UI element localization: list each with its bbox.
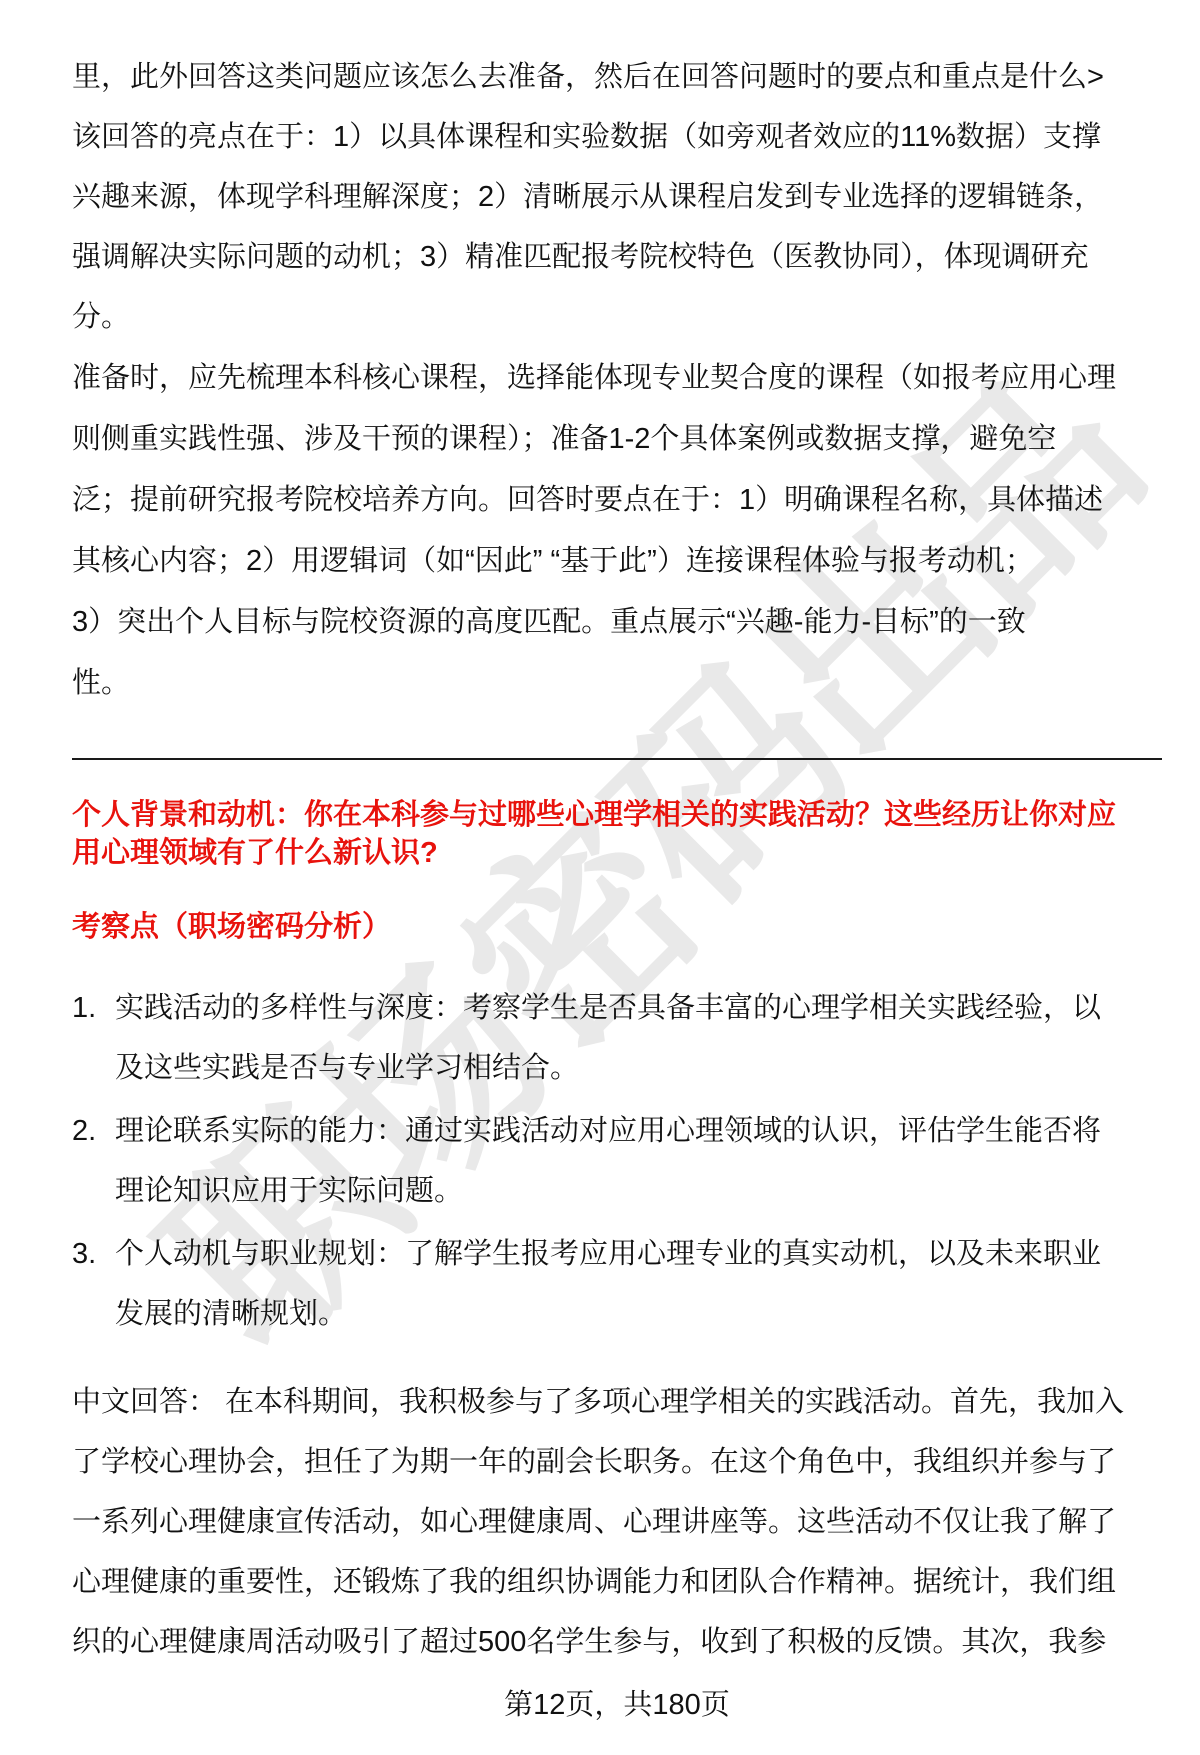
text-line: 其核心内容；2）用逻辑词（如“因此” “基于此”）连接课程体验与报考动机；	[72, 531, 1138, 592]
text-line: 则侧重实践性强、涉及干预的课程）；准备1-2个具体案例或数据支撑，避免空	[72, 409, 1138, 470]
page-number-footer: 第12页，共180页	[72, 1675, 1162, 1735]
text-line: 实践活动的多样性与深度：考察学生是否具备丰富的心理学相关实践经验，以	[115, 978, 1101, 1038]
paragraph-answer-highlights: 里，此外回答这类问题应该怎么去准备，然后在回答问题时的要点和重点是什么> 该回答…	[72, 47, 1104, 347]
list-item: 3. 个人动机与职业规划：了解学生报考应用心理专业的真实动机，以及未来职业 发展…	[72, 1224, 1101, 1344]
text-line: 了学校心理协会，担任了为期一年的副会长职务。在这个角色中，我组织并参与了	[72, 1432, 1124, 1492]
text-line: 分。	[72, 287, 1104, 347]
text-line: 3）突出个人目标与院校资源的高度匹配。重点展示“兴趣-能力-目标”的一致	[72, 592, 1138, 653]
text-line: 一系列心理健康宣传活动，如心理健康周、心理讲座等。这些活动不仅让我了解了	[72, 1492, 1124, 1552]
exam-points-list: 1. 实践活动的多样性与深度：考察学生是否具备丰富的心理学相关实践经验，以 及这…	[72, 978, 1101, 1347]
question-heading: 个人背景和动机：你在本科参与过哪些心理学相关的实践活动？这些经历让你对应 用心理…	[72, 796, 1148, 872]
exam-points-heading: 考察点（职场密码分析）	[72, 908, 391, 946]
list-item-number: 3.	[72, 1224, 115, 1344]
list-item-text: 个人动机与职业规划：了解学生报考应用心理专业的真实动机，以及未来职业 发展的清晰…	[115, 1224, 1101, 1344]
text-line: 兴趣来源，体现学科理解深度；2）清晰展示从课程启发到专业选择的逻辑链条，	[72, 167, 1104, 227]
paragraph-preparation-advice: 准备时，应先梳理本科核心课程，选择能体现专业契合度的课程（如报考应用心理 则侧重…	[72, 348, 1138, 714]
list-item-number: 1.	[72, 978, 115, 1098]
text-line: 理论知识应用于实际问题。	[115, 1161, 1101, 1221]
list-item-number: 2.	[72, 1101, 115, 1221]
text-line: 织的心理健康周活动吸引了超过500名学生参与，收到了积极的反馈。其次，我参	[72, 1612, 1124, 1672]
text-line: 及这些实践是否与专业学习相结合。	[115, 1038, 1101, 1098]
text-line: 心理健康的重要性，还锻炼了我的组织协调能力和团队合作精神。据统计，我们组	[72, 1552, 1124, 1612]
text-line: 理论联系实际的能力：通过实践活动对应用心理领域的认识，评估学生能否将	[115, 1101, 1101, 1161]
text-line: 该回答的亮点在于：1）以具体课程和实验数据（如旁观者效应的11%数据）支撑	[72, 107, 1104, 167]
question-heading-line: 用心理领域有了什么新认识?	[72, 834, 1148, 872]
text-line: 准备时，应先梳理本科核心课程，选择能体现专业契合度的课程（如报考应用心理	[72, 348, 1138, 409]
text-line: 个人动机与职业规划：了解学生报考应用心理专业的真实动机，以及未来职业	[115, 1224, 1101, 1284]
text-line: 强调解决实际问题的动机；3）精准匹配报考院校特色（医教协同），体现调研充	[72, 227, 1104, 287]
list-item: 2. 理论联系实际的能力：通过实践活动对应用心理领域的认识，评估学生能否将 理论…	[72, 1101, 1101, 1221]
paragraph-chinese-answer: 中文回答： 在本科期间，我积极参与了多项心理学相关的实践活动。首先，我加入 了学…	[72, 1372, 1124, 1672]
text-line: 性。	[72, 653, 1138, 714]
list-item-text: 实践活动的多样性与深度：考察学生是否具备丰富的心理学相关实践经验，以 及这些实践…	[115, 978, 1101, 1098]
list-item-text: 理论联系实际的能力：通过实践活动对应用心理领域的认识，评估学生能否将 理论知识应…	[115, 1101, 1101, 1221]
text-line: 中文回答： 在本科期间，我积极参与了多项心理学相关的实践活动。首先，我加入	[72, 1372, 1124, 1432]
question-heading-line: 个人背景和动机：你在本科参与过哪些心理学相关的实践活动？这些经历让你对应	[72, 796, 1148, 834]
document-page: 职场密码出品 里，此外回答这类问题应该怎么去准备，然后在回答问题时的要点和重点是…	[0, 0, 1200, 1755]
text-line: 发展的清晰规划。	[115, 1284, 1101, 1344]
list-item: 1. 实践活动的多样性与深度：考察学生是否具备丰富的心理学相关实践经验，以 及这…	[72, 978, 1101, 1098]
text-line: 里，此外回答这类问题应该怎么去准备，然后在回答问题时的要点和重点是什么>	[72, 47, 1104, 107]
text-line: 泛；提前研究报考院校培养方向。回答时要点在于：1）明确课程名称，具体描述	[72, 470, 1138, 531]
section-divider	[72, 758, 1162, 760]
page-content: 里，此外回答这类问题应该怎么去准备，然后在回答问题时的要点和重点是什么> 该回答…	[0, 0, 1200, 1755]
exam-points-heading-text: 考察点（职场密码分析）	[72, 908, 391, 946]
